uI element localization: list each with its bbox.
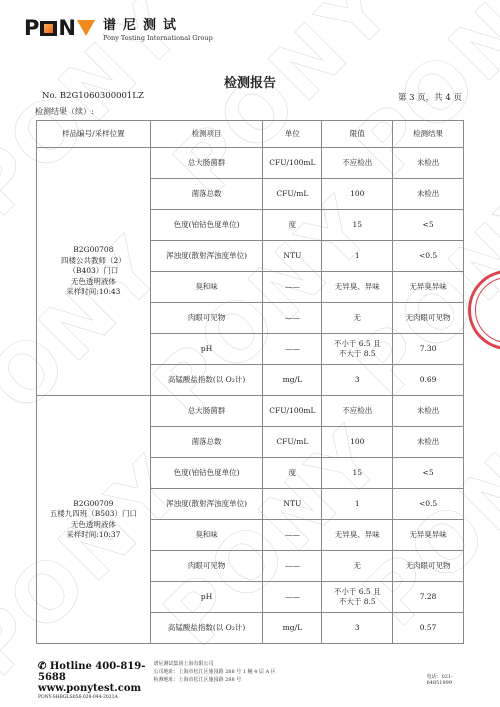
sample-info-line: 四楼公共教师（2） <box>37 256 150 267</box>
cell-result: 7.30 <box>393 334 464 365</box>
sample-info-line: 采样时间:10:37 <box>37 530 150 541</box>
cell-result: <5 <box>393 210 464 241</box>
cell-limit: 不小于 6.5 且 不大于 8.5 <box>322 582 393 613</box>
report-number: No. B2G1060300001LZ <box>42 91 144 101</box>
cell-limit: 无 <box>322 551 393 582</box>
footer-phone: 电话：021-64851999 <box>427 673 478 700</box>
table-row: B2G00708四楼公共教师（2）（B403）门口无色透明液体采样时间:10:4… <box>37 148 464 179</box>
report-title: 检测报告 <box>0 72 500 91</box>
cell-unit: CFU/100mL <box>263 148 322 179</box>
cell-item: 肉眼可见物 <box>150 551 263 582</box>
col-header-limit: 限值 <box>322 121 393 148</box>
cell-result: 未检出 <box>393 179 464 210</box>
cell-limit: 无异臭、异味 <box>322 272 393 303</box>
col-header-result: 检测结果 <box>393 121 464 148</box>
logo-o-square-icon <box>40 21 57 36</box>
cell-unit: —— <box>263 551 322 582</box>
cell-unit: mg/L <box>263 613 322 644</box>
cell-limit: 无异臭、异味 <box>322 520 393 551</box>
sample-info-cell: B2G00709五楼九四班（B503）门口无色透明液体采样时间:10:37 <box>37 396 151 644</box>
cell-result: 未检出 <box>393 396 464 427</box>
page-indicator: 第 3 页，共 4 页 <box>398 91 462 103</box>
page-footer: ✆ Hotline 400-819-5688 www.ponytest.com … <box>38 661 478 700</box>
table-header-row: 样品编号/采样位置 检测项目 单位 限值 检测结果 <box>37 121 464 148</box>
hotline: ✆ Hotline 400-819-5688 <box>38 661 149 683</box>
cell-limit: 15 <box>322 458 393 489</box>
footer-lab-address: 检测地址：上海市松江区施园路 288 号 <box>153 677 352 685</box>
cell-item: 臭和味 <box>150 272 263 303</box>
cell-result: 未检出 <box>393 148 464 179</box>
cell-result: 0.57 <box>393 613 464 644</box>
cell-unit: —— <box>263 303 322 334</box>
cell-unit: 度 <box>263 458 322 489</box>
cell-unit: mg/L <box>263 365 322 396</box>
website: www.ponytest.com <box>38 683 149 694</box>
cell-result: <5 <box>393 458 464 489</box>
cell-unit: —— <box>263 334 322 365</box>
cell-result: 无异臭异味 <box>393 272 464 303</box>
cell-limit: 3 <box>322 613 393 644</box>
col-header-unit: 单位 <box>263 121 322 148</box>
col-header-item: 检测项目 <box>150 121 263 148</box>
cell-item: 浑浊度(散射浑浊度单位) <box>150 489 263 520</box>
table-row: B2G00709五楼九四班（B503）门口无色透明液体采样时间:10:37总大肠… <box>37 396 464 427</box>
cell-item: 总大肠菌群 <box>150 148 263 179</box>
sample-info-line: 无色透明液体 <box>37 277 150 288</box>
cell-limit: 1 <box>322 241 393 272</box>
cell-unit: CFU/100mL <box>263 396 322 427</box>
cell-limit: 不应检出 <box>322 396 393 427</box>
cell-limit: 100 <box>322 179 393 210</box>
sample-info-line: 无色透明液体 <box>37 520 150 531</box>
cell-unit: —— <box>263 520 322 551</box>
sample-info-cell: B2G00708四楼公共教师（2）（B403）门口无色透明液体采样时间:10:4… <box>37 148 151 396</box>
cell-item: 浑浊度(散射浑浊度单位) <box>150 241 263 272</box>
sample-info-line: 采样时间:10:43 <box>37 287 150 298</box>
cell-result: 无肉眼可见物 <box>393 303 464 334</box>
company-name-en: Pony Testing International Group <box>103 34 213 42</box>
company-seal-stamp <box>468 270 500 350</box>
cell-unit: NTU <box>263 241 322 272</box>
cell-limit: 15 <box>322 210 393 241</box>
pony-wordmark: P N Y <box>24 16 95 40</box>
cell-item: 臭和味 <box>150 520 263 551</box>
logo-y-triangle-icon <box>77 20 95 36</box>
sample-info-line: （B403）门口 <box>37 266 150 277</box>
cell-unit: NTU <box>263 489 322 520</box>
sample-info-line: B2G00709 <box>37 499 150 510</box>
cell-limit: 100 <box>322 427 393 458</box>
sample-info-line: 五楼九四班（B503）门口 <box>37 509 150 520</box>
cell-limit: 1 <box>322 489 393 520</box>
cell-item: pH <box>150 334 263 365</box>
cell-result: 无异臭异味 <box>393 520 464 551</box>
cell-limit: 不应检出 <box>322 148 393 179</box>
cell-result: 7.28 <box>393 582 464 613</box>
cell-result: 0.69 <box>393 365 464 396</box>
company-name-cn: 谱尼测试 <box>103 14 213 33</box>
footer-address: 公司地址：上海市松江区施园路 288 号 1 幢 4 层 A 区 <box>153 669 352 677</box>
cell-limit: 无 <box>322 303 393 334</box>
cell-result: 无肉眼可见物 <box>393 551 464 582</box>
cell-unit: —— <box>263 272 322 303</box>
cell-result: <0.5 <box>393 489 464 520</box>
cell-limit: 3 <box>322 365 393 396</box>
cell-unit: 度 <box>263 210 322 241</box>
document-code: PONY-SHBGLS056-028-044-2021A <box>38 695 149 700</box>
sample-info-line: B2G00708 <box>37 245 150 256</box>
cell-result: <0.5 <box>393 241 464 272</box>
cell-unit: CFU/mL <box>263 179 322 210</box>
cell-unit: —— <box>263 582 322 613</box>
footer-company: 谱尼测试集团上海有限公司 <box>153 661 352 669</box>
col-header-sample: 样品编号/采样位置 <box>37 121 151 148</box>
cell-item: 高锰酸盐指数(以 O₂计) <box>150 365 263 396</box>
cell-item: 菌落总数 <box>150 427 263 458</box>
section-label: 检测结果（续）: <box>35 106 94 117</box>
cell-unit: CFU/mL <box>263 427 322 458</box>
cell-item: 高锰酸盐指数(以 O₂计) <box>150 613 263 644</box>
cell-item: 总大肠菌群 <box>150 396 263 427</box>
company-logo: P N Y 谱尼测试 Pony Testing International Gr… <box>24 14 213 42</box>
cell-limit: 不小于 6.5 且 不大于 8.5 <box>322 334 393 365</box>
cell-result: 未检出 <box>393 427 464 458</box>
cell-item: pH <box>150 582 263 613</box>
cell-item: 色度(铂钴色度单位) <box>150 210 263 241</box>
cell-item: 菌落总数 <box>150 179 263 210</box>
cell-item: 色度(铂钴色度单位) <box>150 458 263 489</box>
results-table: 样品编号/采样位置 检测项目 单位 限值 检测结果 B2G00708四楼公共教师… <box>36 120 464 644</box>
cell-item: 肉眼可见物 <box>150 303 263 334</box>
